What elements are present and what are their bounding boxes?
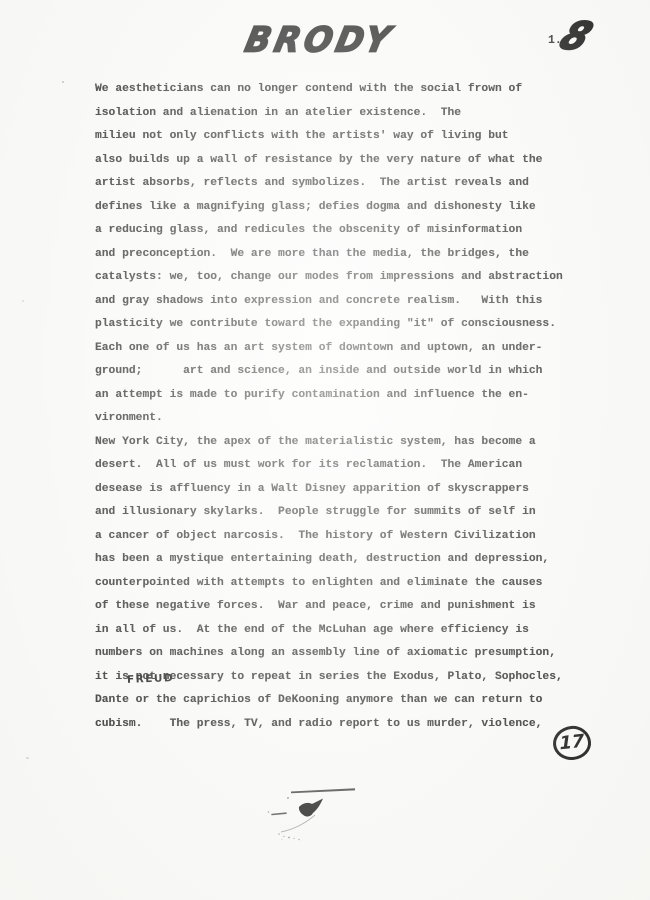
paper-speck bbox=[22, 300, 24, 302]
typed-line: of these negative forces. War and peace,… bbox=[95, 595, 595, 619]
typed-line: defines like a magnifying glass; defies … bbox=[95, 196, 595, 220]
ink-smudge-stamp bbox=[255, 785, 365, 860]
typed-line: a cancer of object narcosis. The history… bbox=[95, 525, 595, 549]
typed-line: isolation and alienation in an atelier e… bbox=[95, 102, 595, 126]
typed-line: plasticity we contribute toward the expa… bbox=[95, 313, 595, 337]
typed-line: numbers on machines along an assembly li… bbox=[95, 642, 595, 666]
typed-line: desease is affluency in a Walt Disney ap… bbox=[95, 478, 595, 502]
paper-speck bbox=[26, 757, 29, 759]
typed-line: and gray shadows into expression and con… bbox=[95, 290, 595, 314]
typed-line: vironment. bbox=[95, 407, 595, 431]
typed-line: desert. All of us must work for its recl… bbox=[95, 454, 595, 478]
typed-line: and preconception. We are more than the … bbox=[95, 243, 595, 267]
typed-line: an attempt is made to purify contaminati… bbox=[95, 384, 595, 408]
typed-line: New York City, the apex of the materiali… bbox=[95, 431, 595, 455]
typed-line: in all of us. At the end of the McLuhan … bbox=[95, 619, 595, 643]
typed-line: ground; art and science, an inside and o… bbox=[95, 360, 595, 384]
typed-line: cubism. The press, TV, and radio report … bbox=[95, 713, 595, 737]
typed-line: a reducing glass, and redicules the obsc… bbox=[95, 219, 595, 243]
typed-line: We aestheticians can no longer contend w… bbox=[95, 78, 595, 102]
typed-line: has been a mystique entertaining death, … bbox=[95, 548, 595, 572]
typed-line: Each one of us has an art system of down… bbox=[95, 337, 595, 361]
manuscript-page: BRODY 1. 8 We aestheticians can no longe… bbox=[0, 0, 650, 900]
typed-line: and illusionary skylarks. People struggl… bbox=[95, 501, 595, 525]
handwritten-author-name: BRODY bbox=[242, 19, 398, 60]
typescript-body: We aestheticians can no longer contend w… bbox=[95, 78, 595, 736]
paper-speck bbox=[62, 81, 64, 83]
handwritten-insertion-freud: FREUD bbox=[127, 672, 175, 686]
typed-line: milieu not only conflicts with the artis… bbox=[95, 125, 595, 149]
typed-line: counterpointed with attempts to enlighte… bbox=[95, 572, 595, 596]
typed-line: catalysts: we, too, change our modes fro… bbox=[95, 266, 595, 290]
typed-line: artist absorbs, reflects and symbolizes.… bbox=[95, 172, 595, 196]
circled-page-number-value: 17 bbox=[558, 730, 586, 754]
typed-line: also builds up a wall of resistance by t… bbox=[95, 149, 595, 173]
typed-line: Dante or the caprichios of DeKooning any… bbox=[95, 689, 595, 713]
